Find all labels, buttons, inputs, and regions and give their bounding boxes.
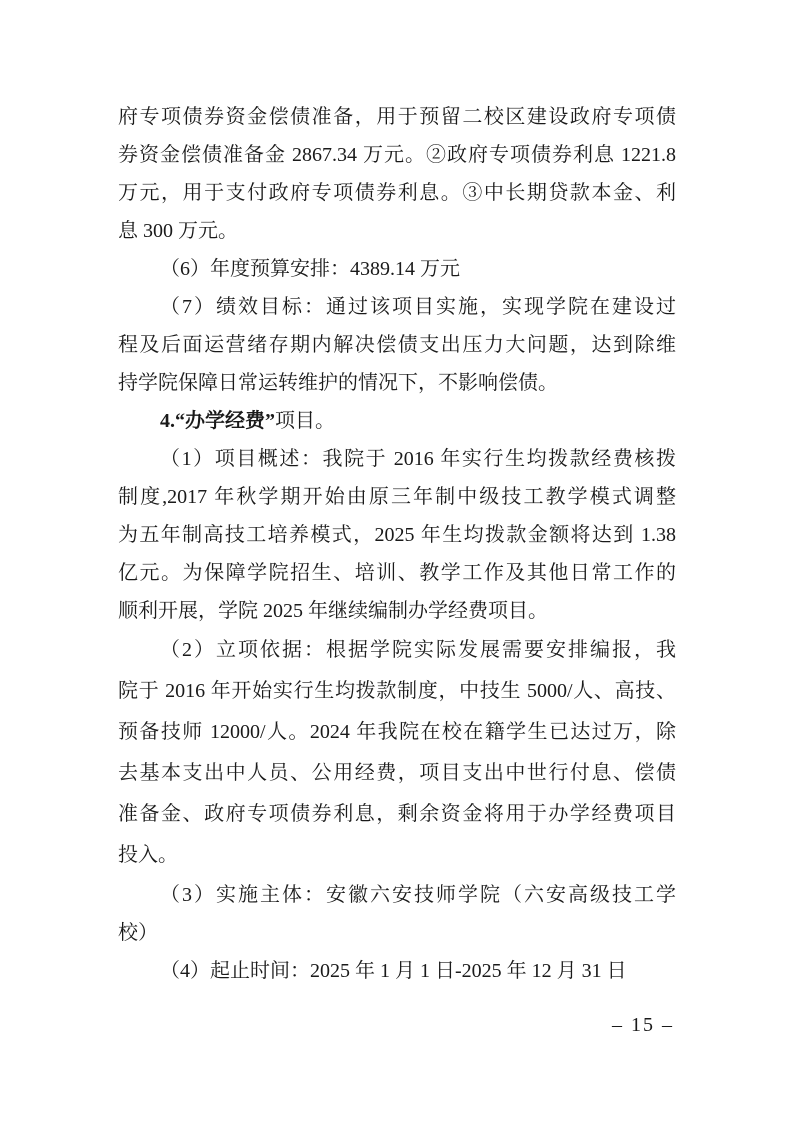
- text-segment: 投入。: [118, 844, 178, 866]
- text-line: 亿元。为保障学院招生、培训、教学工作及其他日常工作的: [118, 554, 676, 592]
- text-line: 院于 2016 年开始实行生均拨款制度，中技生 5000/人、高技、: [118, 671, 676, 712]
- text-line: 校）: [118, 914, 676, 952]
- para-duration: （4）起止时间：2025 年 1 月 1 日-2025 年 12 月 31 日: [118, 952, 676, 990]
- text-segment: （1）项目概述：我院于 2016 年实行生均拨款经费核拨: [160, 448, 676, 470]
- text-line: （6）年度预算安排：4389.14 万元: [118, 250, 676, 288]
- text-line: 4.“办学经费”项目。: [118, 402, 676, 440]
- text-line: （1）项目概述：我院于 2016 年实行生均拨款经费核拨: [118, 440, 676, 478]
- text-line: 去基本支出中人员、公用经费，项目支出中世行付息、偿债: [118, 753, 676, 794]
- text-segment: 制度,2017 年秋学期开始由原三年制中级技工教学模式调整: [118, 486, 676, 508]
- text-line: 准备金、政府专项债券利息，剩余资金将用于办学经费项目: [118, 794, 676, 835]
- text-line: 府专项债券资金偿债准备，用于预留二校区建设政府专项债: [118, 98, 676, 136]
- document-body: 府专项债券资金偿债准备，用于预留二校区建设政府专项债券资金偿债准备金 2867.…: [118, 98, 676, 990]
- text-line: 息 300 万元。: [118, 212, 676, 250]
- text-line: 为五年制高技工培养模式，2025 年生均拨款金额将达到 1.38: [118, 516, 676, 554]
- text-segment: 万元，用于支付政府专项债券利息。③中长期贷款本金、利: [118, 182, 676, 204]
- text-segment: 亿元。为保障学院招生、培训、教学工作及其他日常工作的: [118, 562, 676, 584]
- text-line: （2）立项依据：根据学院实际发展需要安排编报，我: [118, 630, 676, 671]
- page-number: – 15 –: [612, 1010, 674, 1040]
- text-segment: （2）立项依据：根据学院实际发展需要安排编报，我: [160, 639, 676, 661]
- text-segment: 项目。: [275, 410, 335, 432]
- document-page: 府专项债券资金偿债准备，用于预留二校区建设政府专项债券资金偿债准备金 2867.…: [0, 0, 793, 1122]
- text-segment: 持学院保障日常运转维护的情况下，不影响偿债。: [118, 372, 558, 394]
- para-project-basis: （2）立项依据：根据学院实际发展需要安排编报，我院于 2016 年开始实行生均拨…: [118, 630, 676, 876]
- text-segment: 准备金、政府专项债券利息，剩余资金将用于办学经费项目: [118, 803, 676, 825]
- text-line: （7）绩效目标：通过该项目实施，实现学院在建设过: [118, 288, 676, 326]
- text-line: 券资金偿债准备金 2867.34 万元。②政府专项债券利息 1221.8: [118, 136, 676, 174]
- para-annual-budget: （6）年度预算安排：4389.14 万元: [118, 250, 676, 288]
- text-line: （3）实施主体：安徽六安技师学院（六安高级技工学: [118, 876, 676, 914]
- text-segment: （4）起止时间：2025 年 1 月 1 日-2025 年 12 月 31 日: [160, 960, 627, 982]
- para-project-overview: （1）项目概述：我院于 2016 年实行生均拨款经费核拨制度,2017 年秋学期…: [118, 440, 676, 630]
- text-line: 持学院保障日常运转维护的情况下，不影响偿债。: [118, 364, 676, 402]
- text-line: 顺利开展，学院 2025 年继续编制办学经费项目。: [118, 592, 676, 630]
- text-segment: 预备技师 12000/人。2024 年我院在校在籍学生已达过万，除: [118, 721, 676, 743]
- text-segment: 顺利开展，学院 2025 年继续编制办学经费项目。: [118, 600, 548, 622]
- text-segment: （6）年度预算安排：4389.14 万元: [160, 258, 460, 280]
- text-line: 万元，用于支付政府专项债券利息。③中长期贷款本金、利: [118, 174, 676, 212]
- text-line: （4）起止时间：2025 年 1 月 1 日-2025 年 12 月 31 日: [118, 952, 676, 990]
- text-line: 预备技师 12000/人。2024 年我院在校在籍学生已达过万，除: [118, 712, 676, 753]
- text-segment: 程及后面运营绪存期内解决偿债支出压力大问题，达到除维: [118, 334, 676, 356]
- text-segment: 去基本支出中人员、公用经费，项目支出中世行付息、偿债: [118, 762, 676, 784]
- text-segment: 为五年制高技工培养模式，2025 年生均拨款金额将达到 1.38: [118, 524, 676, 546]
- text-segment: （7）绩效目标：通过该项目实施，实现学院在建设过: [160, 296, 676, 318]
- text-segment: （3）实施主体：安徽六安技师学院（六安高级技工学: [160, 884, 676, 906]
- text-segment: 券资金偿债准备金 2867.34 万元。②政府专项债券利息 1221.8: [118, 144, 676, 166]
- text-line: 投入。: [118, 835, 676, 876]
- text-segment: 息 300 万元。: [118, 220, 238, 242]
- bold-text-segment: 4.“办学经费”: [160, 410, 275, 432]
- para-bond-repayment-detail: 府专项债券资金偿债准备，用于预留二校区建设政府专项债券资金偿债准备金 2867.…: [118, 98, 676, 250]
- para-performance-target: （7）绩效目标：通过该项目实施，实现学院在建设过程及后面运营绪存期内解决偿债支出…: [118, 288, 676, 402]
- text-segment: 院于 2016 年开始实行生均拨款制度，中技生 5000/人、高技、: [118, 680, 676, 702]
- heading-project-4-school-funds: 4.“办学经费”项目。: [118, 402, 676, 440]
- text-segment: 校）: [118, 922, 158, 944]
- para-implementing-entity: （3）实施主体：安徽六安技师学院（六安高级技工学校）: [118, 876, 676, 952]
- text-line: 制度,2017 年秋学期开始由原三年制中级技工教学模式调整: [118, 478, 676, 516]
- text-segment: 府专项债券资金偿债准备，用于预留二校区建设政府专项债: [118, 106, 676, 128]
- text-line: 程及后面运营绪存期内解决偿债支出压力大问题，达到除维: [118, 326, 676, 364]
